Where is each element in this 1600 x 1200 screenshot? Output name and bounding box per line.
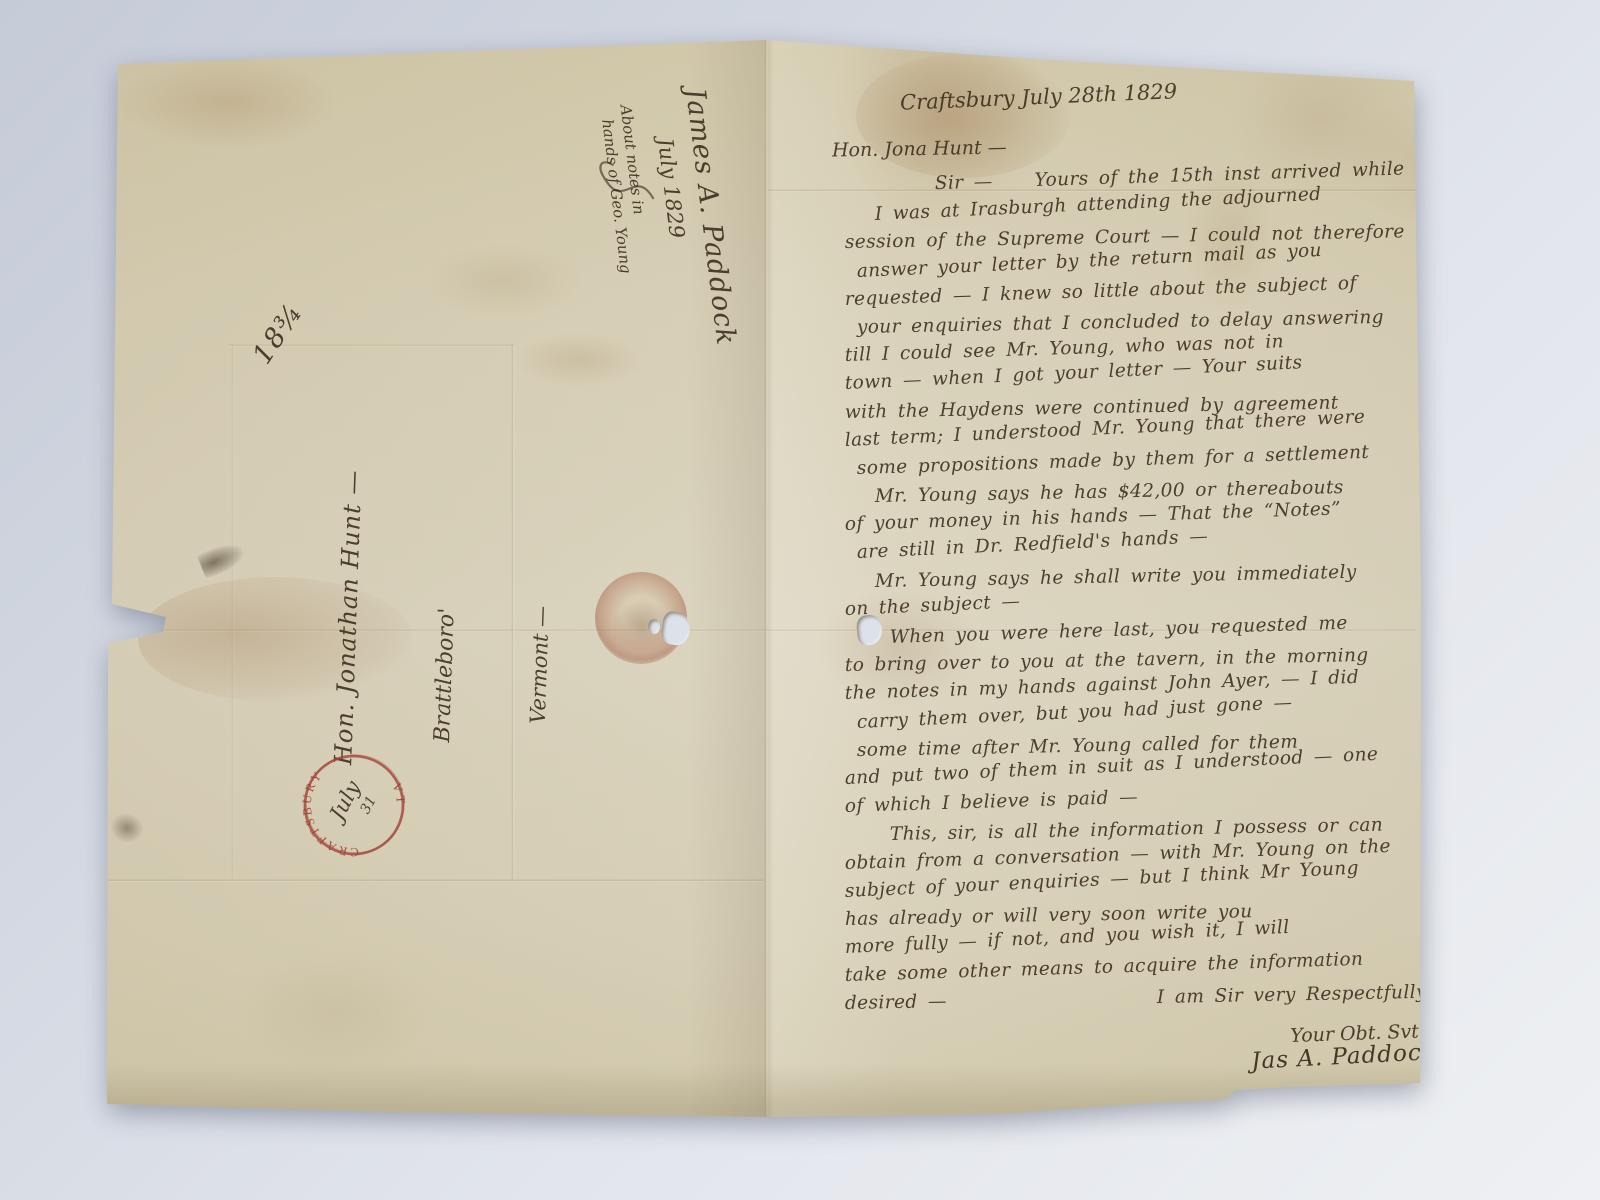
salutation: Sir — [935,171,993,194]
letter-paper: Craftsbury July 28th 1829 Hon. Jona Hunt… [100,35,1432,1127]
recipient-line: Hon. Jona Hunt — [832,136,1007,161]
address-block: Hon. Jonathan Hunt — Brattleboro' Vermon… [329,425,651,776]
postmark-date-month: July [323,776,366,828]
ink-smudge [107,809,148,847]
docket: James A. Paddock July 1829 About notes i… [551,86,749,423]
address-line: Hon. Jonathan Hunt — [329,425,369,766]
stain [238,947,433,1075]
ink-smudge [197,539,248,580]
photo-scene: Craftsbury July 28th 1829 Hon. Jona Hunt… [0,0,1600,1200]
pen-flourish [585,146,659,224]
paper-hole [648,619,660,634]
address-line: Vermont — [526,431,560,724]
stain [115,55,340,150]
stain [422,241,587,321]
address-line: Brattleboro' [430,428,466,743]
postmark-date-day: 31 [357,793,379,816]
postal-rate-marking: 18¾ [247,297,310,369]
paper-hole [660,610,692,647]
letter-sheet: Craftsbury July 28th 1829 Hon. Jona Hunt… [0,0,1600,1200]
fold-crease [231,344,235,881]
fold-crease [764,38,768,1116]
postmark-state: VT [389,781,409,809]
closing-line: I am Sir very Respectfully [1157,982,1427,1015]
postmark: CRAFTSBURY VT July 31 [288,739,421,872]
heading-place-date: Craftsbury July 28th 1829 [900,79,1178,115]
fold-crease [108,879,764,882]
letter-body: Sir —Yours of the 15th inst arrived whil… [845,176,1433,1022]
